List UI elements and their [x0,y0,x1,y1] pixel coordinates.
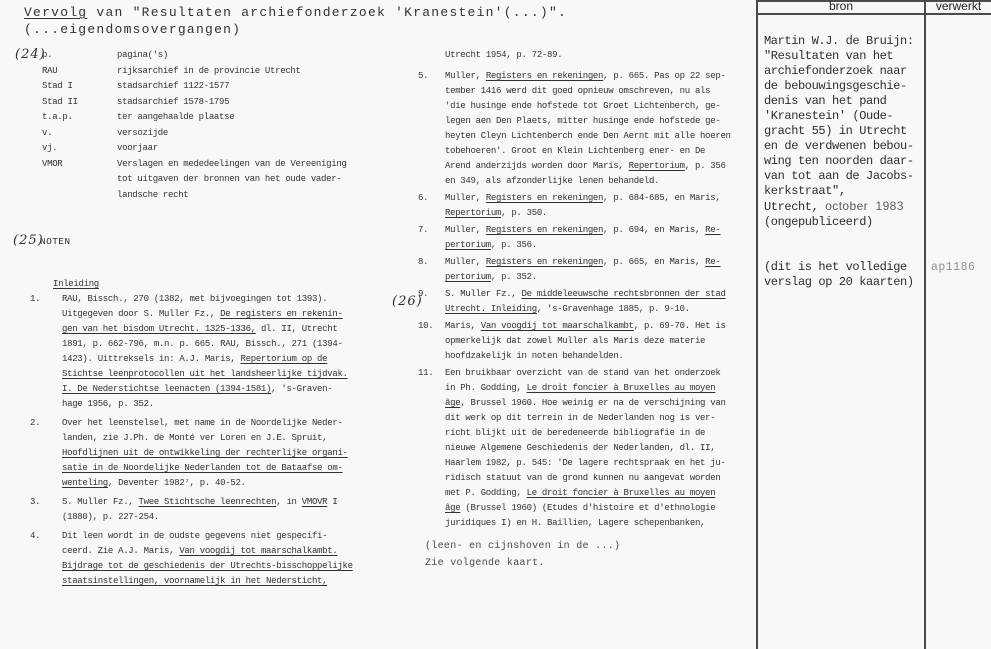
note-text: Muller, Registers en rekeningen, p. 665.… [445,69,738,189]
note-item: 7.Muller, Registers en rekeningen, p. 69… [418,223,738,253]
text-line: Bijdrage tot de geschiedenis der Utrecht… [62,559,430,574]
text-line: hoofdzakelijk in noten behandelden. [445,349,738,364]
text-line: 'Kranestein' (Oude- [764,109,924,124]
abbreviation-row: p.pagina('s) [42,48,402,64]
scanned-archive-card: Vervolg van "Resultaten archiefonderzoek… [0,0,991,649]
text-line: verslag op 20 kaarten) [764,275,924,290]
note-number: 10. [418,319,445,334]
text-line: S. Muller Fz., De middeleeuwsche rechtsb… [445,287,738,302]
text-line: archiefonderzoek naar [764,64,924,79]
notes-column-left: Inleiding 1.RAU, Bissch., 270 (1382, met… [30,277,430,593]
note-text: Dit leen wordt in de oudste gegevens nie… [62,529,430,589]
text-line: versozijde [117,126,402,142]
text-line: heyten Cleyn Lichtenberch ende Den Aernt… [445,129,738,144]
note-item: 9.S. Muller Fz., De middeleeuwsche recht… [418,287,738,317]
abbreviation-key: p. [42,48,117,64]
note-item: 4.Dit leen wordt in de oudste gegevens n… [30,529,430,589]
note-number: 7. [418,223,445,238]
note-number: 3. [30,495,62,510]
text-line: kerkstraat", [764,184,924,199]
footer-line-1: (leen- en cijnshoven in de ...) [425,538,620,555]
text-line [764,230,924,245]
abbreviation-key: vj. [42,141,117,157]
text-line: pertorium, p. 356. [445,238,738,253]
abbreviation-row: Stad Istadsarchief 1122-1577 [42,79,402,95]
note-number: 11. [418,366,445,381]
abbreviation-list: p.pagina('s)RAUrijksarchief in de provin… [42,48,402,203]
abbreviation-key: RAU [42,64,117,80]
text-line: 1891, p. 662-796, m.n. p. 665. RAU, Biss… [62,337,430,352]
note-text: Muller, Registers en rekeningen, p. 684-… [445,191,738,221]
text-line: pertorium, p. 352. [445,270,738,285]
text-line: wenteling, Deventer 1982⁷, p. 40-52. [62,476,430,491]
bron-column-header: bron [758,0,924,13]
card-title: Vervolg van "Resultaten archiefonderzoek… [24,4,567,21]
note-item: 8.Muller, Registers en rekeningen, p. 66… [418,255,738,285]
text-line: gracht 55) in Utrecht [764,124,924,139]
note-text: Maris, Van voogdij tot maarschalkambt, p… [445,319,738,364]
text-line: Utrecht, october 1983 [764,199,924,215]
note-text: S. Muller Fz., Twee Stichtsche leenrecht… [62,495,430,525]
verwerkt-stamp: ap1186 [931,261,975,274]
text-line: I. De Nederstichtse leenacten (1394-1581… [62,382,430,397]
note-text: Over het leenstelsel, met name in de Noo… [62,416,430,491]
note-item: 3.S. Muller Fz., Twee Stichtsche leenrec… [30,495,430,525]
abbreviation-meaning: ter aangehaalde plaatse [117,110,402,126]
abbreviation-meaning: rijksarchief in de provincie Utrecht [117,64,402,80]
text-line: richt blijkt uit de beredeneerde bibliog… [445,426,738,441]
sidebar-header-rule [756,13,991,15]
text-line: stadsarchief 1122-1577 [117,79,402,95]
note-item: 11.Een bruikbaar overzicht van de stand … [418,366,738,531]
text-line: ter aangehaalde plaatse [117,110,402,126]
text-line: landen, zie J.Ph. de Monté ver Loren en … [62,431,430,446]
note-number: 2. [30,416,62,431]
text-line: tot uitgaven der bronnen van het oude va… [117,172,402,188]
abbreviation-row: RAUrijksarchief in de provincie Utrecht [42,64,402,80]
note-text: Muller, Registers en rekeningen, p. 665,… [445,255,738,285]
text-line: Martin W.J. de Bruijn: [764,34,924,49]
inleiding-heading: Inleiding [53,277,430,292]
text-line: ceerd. Zie A.J. Maris, Van voogdij tot m… [62,544,430,559]
text-line: ridisch statuut van de grond kunnen nu a… [445,471,738,486]
notes-list-left: 1.RAU, Bissch., 270 (1382, met bijvoegin… [30,292,430,589]
abbreviation-key: Stad I [42,79,117,95]
abbreviation-row: vj.voorjaar [42,141,402,157]
text-line: opmerkelijk dat zowel Muller als Maris d… [445,334,738,349]
note-item: 1.RAU, Bissch., 270 (1382, met bijvoegin… [30,292,430,412]
text-line: wing ten noorden daar- [764,154,924,169]
text-line: Repertorium, p. 350. [445,206,738,221]
text-line: voorjaar [117,141,402,157]
abbreviation-key: t.a.p. [42,110,117,126]
text-line: denis van het pand [764,94,924,109]
abbreviation-key: v. [42,126,117,142]
note-number: 4. [30,529,62,544]
text-line: Arend anderzijds worden door Maris, Repe… [445,159,738,174]
text-line: van tot aan de Jacobs- [764,169,924,184]
text-line: Muller, Registers en rekeningen, p. 665,… [445,255,738,270]
notes-list-middle: 5.Muller, Registers en rekeningen, p. 66… [418,69,738,531]
abbreviation-meaning: stadsarchief 1122-1577 [117,79,402,95]
abbreviation-row: Stad IIstadsarchief 1578-1795 [42,95,402,111]
card-title-underlined-word: Vervolg [24,5,87,20]
note-item: 2.Over het leenstelsel, met name in de N… [30,416,430,491]
text-line: in Ph. Godding, Le droit foncier à Bruxe… [445,381,738,396]
sidebar-column-divider [924,0,926,649]
abbreviation-row: v.versozijde [42,126,402,142]
note-number: 1. [30,292,62,307]
text-line: satie in de Noordelijke Nederlanden tot … [62,461,430,476]
text-line: âge, Brussel 1960. Hoe weinig er na de v… [445,396,738,411]
footer-line-2: Zie volgende kaart. [425,555,620,572]
text-line: en de verdwenen bebou- [764,139,924,154]
text-line: (dit is het volledige [764,260,924,275]
abbreviation-row: t.a.p.ter aangehaalde plaatse [42,110,402,126]
note-continuation-line: Utrecht 1954, p. 72-89. [445,48,738,63]
abbreviation-meaning: voorjaar [117,141,402,157]
text-line: met P. Godding, Le droit foncier à Bruxe… [445,486,738,501]
text-line: Muller, Registers en rekeningen, p. 665.… [445,69,738,84]
card-subtitle: (...eigendomsovergangen) [24,21,241,38]
abbreviation-meaning: stadsarchief 1578-1795 [117,95,402,111]
text-line: 1423). Uittreksels in: A.J. Maris, Reper… [62,352,430,367]
text-line: Utrecht. Inleiding, 's-Gravenhage 1885, … [445,302,738,317]
text-line: "Resultaten van het [764,49,924,64]
bron-source-text: Martin W.J. de Bruijn:"Resultaten van he… [764,34,924,290]
note-text: Een bruikbaar overzicht van de stand van… [445,366,738,531]
text-line: Hoofdlijnen uit de ontwikkeling der rech… [62,446,430,461]
noten-heading: NOTEN [40,236,71,247]
note-item: 6.Muller, Registers en rekeningen, p. 68… [418,191,738,221]
abbreviation-meaning: Verslagen en mededeelingen van de Vereen… [117,157,402,204]
text-line: (1880), p. 227-254. [62,510,430,525]
text-line [764,245,924,260]
text-line: rijksarchief in de provincie Utrecht [117,64,402,80]
text-line: en 349, als afzonderlijke lenen behandel… [445,174,738,189]
text-line: landsche recht [117,188,402,204]
text-line: Een bruikbaar overzicht van de stand van… [445,366,738,381]
text-line: S. Muller Fz., Twee Stichtsche leenrecht… [62,495,430,510]
text-line: dit werk op dit terrein in de Nederlande… [445,411,738,426]
note-number: 5. [418,69,445,84]
text-line: pagina('s) [117,48,402,64]
footer-note: (leen- en cijnshoven in de ...) Zie volg… [425,538,620,572]
note-item: 10.Maris, Van voogdij tot maarschalkambt… [418,319,738,364]
text-line: Muller, Registers en rekeningen, p. 684-… [445,191,738,206]
text-line: Uitgegeven door S. Muller Fz., De regist… [62,307,430,322]
text-line: âge (Brussel 1960) (Etudes d'histoire et… [445,501,738,516]
text-line: RAU, Bissch., 270 (1382, met bijvoeginge… [62,292,430,307]
text-line: gen van het bisdom Utrecht. 1325-1336, d… [62,322,430,337]
text-line: 'die husinge ende hofstede tot Groet Lic… [445,99,738,114]
verwerkt-column-header: verwerkt [926,0,991,13]
text-line: Muller, Registers en rekeningen, p. 694,… [445,223,738,238]
note-number: 8. [418,255,445,270]
text-line: Dit leen wordt in de oudste gegevens nie… [62,529,430,544]
text-line: stadsarchief 1578-1795 [117,95,402,111]
note-text: S. Muller Fz., De middeleeuwsche rechtsb… [445,287,738,317]
text-line: de bebouwingsgeschie- [764,79,924,94]
note-item: 5.Muller, Registers en rekeningen, p. 66… [418,69,738,189]
text-line: staatsinstellingen, voornamelijk in het … [62,574,430,589]
card-title-rest: van "Resultaten archiefonderzoek 'Kranes… [87,5,567,20]
text-line: Verslagen en mededeelingen van de Vereen… [117,157,402,173]
abbreviation-meaning: pagina('s) [117,48,402,64]
abbreviation-key: VMOR [42,157,117,173]
text-line: Stichtse leenprotocollen uit het landshe… [62,367,430,382]
text-line: Over het leenstelsel, met name in de Noo… [62,416,430,431]
note-number: 6. [418,191,445,206]
notes-column-middle: Utrecht 1954, p. 72-89. 5.Muller, Regist… [418,48,738,533]
text-line: legen aen Den Plaets, mitter husinge end… [445,114,738,129]
abbreviation-meaning: versozijde [117,126,402,142]
abbreviation-row: VMORVerslagen en mededeelingen van de Ve… [42,157,402,204]
text-line: tobehoeren'. Groot en Klein Lichtenberg … [445,144,738,159]
text-line: juridiques I) en H. Baillien, Lagere sch… [445,516,738,531]
text-line: Haarlem 1982, p. 545: 'De lagere rechtsp… [445,456,738,471]
note-text: RAU, Bissch., 270 (1382, met bijvoeginge… [62,292,430,412]
note-text: Muller, Registers en rekeningen, p. 694,… [445,223,738,253]
sidebar-left-border [756,0,758,649]
note-number: 9. [418,287,445,302]
text-line: nieuwe Algemene Geschiedenis der Nederla… [445,441,738,456]
text-line: (ongepubliceerd) [764,215,924,230]
text-line: hage 1956, p. 352. [62,397,430,412]
abbreviation-key: Stad II [42,95,117,111]
text-line: Maris, Van voogdij tot maarschalkambt, p… [445,319,738,334]
text-line: tember 1416 werd dit goed opnieuw omschr… [445,84,738,99]
